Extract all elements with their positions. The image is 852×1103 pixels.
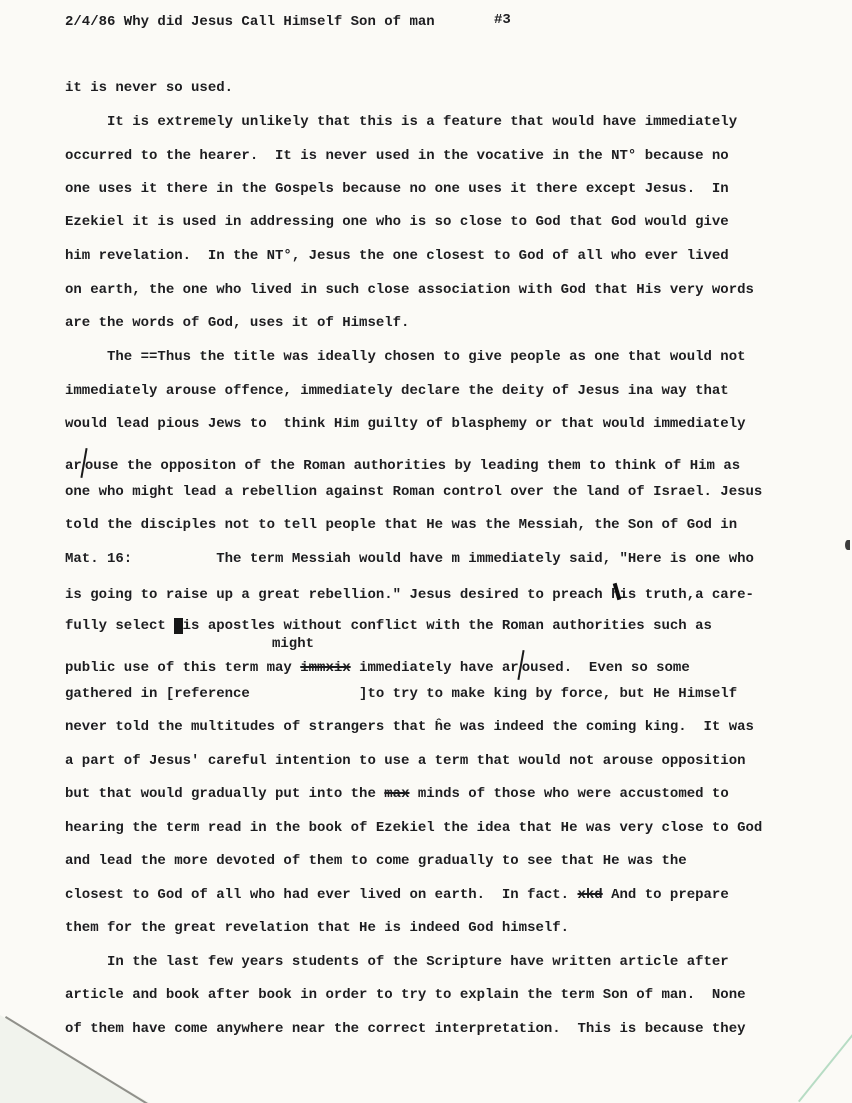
text-line: is going to raise up a great rebellion."… — [65, 583, 754, 605]
text-line: told the disciples not to tell people th… — [65, 515, 737, 535]
text-segment: one uses it there in the Gospels because… — [65, 181, 729, 197]
text-line: are the words of God, uses it of Himself… — [65, 313, 409, 333]
overtyped-blot: h — [174, 618, 182, 634]
page-edge-line-bottom-right — [798, 1033, 852, 1102]
text-segment: In the last few years students of the Sc… — [65, 954, 729, 970]
text-line: hearing the term read in the book of Eze… — [65, 818, 762, 838]
text-segment: would lead pious Jews to think Him guilt… — [65, 416, 746, 432]
edge-smudge-mark — [845, 540, 850, 550]
text-segment: Mat. 16: The term Messiah would have m i… — [65, 551, 754, 567]
text-line: them for the great revelation that He is… — [65, 918, 569, 938]
text-line: closest to God of all who had ever lived… — [65, 885, 729, 905]
text-line: him revelation. In the NT°, Jesus the on… — [65, 246, 729, 266]
text-line: a part of Jesus' careful intention to us… — [65, 751, 746, 771]
text-segment: but that would gradually put into the — [65, 786, 384, 802]
text-segment: is going to raise up a great rebellion."… — [65, 587, 611, 603]
text-segment: fully select — [65, 618, 174, 634]
text-line: on earth, the one who lived in such clos… — [65, 280, 754, 300]
text-line: arouse the oppositon of the Roman author… — [65, 448, 740, 478]
text-segment: ar — [65, 458, 82, 474]
text-line: In the last few years students of the Sc… — [65, 952, 729, 972]
text-segment: never told the multitudes of strangers t… — [65, 719, 754, 735]
page-number: #3 — [494, 12, 511, 28]
text-line: immediately arouse offence, immediately … — [65, 381, 729, 401]
text-segment: gathered in [reference ]to try to make k… — [65, 686, 737, 702]
text-segment: occurred to the hearer. It is never used… — [65, 148, 729, 164]
text-line: of them have come anywhere near the corr… — [65, 1019, 746, 1039]
text-line: it is never so used. — [65, 78, 233, 98]
text-line: one who might lead a rebellion against R… — [65, 482, 762, 502]
text-segment: hearing the term read in the book of Eze… — [65, 820, 762, 836]
text-segment: on earth, the one who lived in such clos… — [65, 282, 754, 298]
text-segment: of them have come anywhere near the corr… — [65, 1021, 746, 1037]
text-line: occurred to the hearer. It is never used… — [65, 146, 729, 166]
text-segment: immediately arouse offence, immediately … — [65, 383, 729, 399]
text-line: gathered in [reference ]to try to make k… — [65, 684, 737, 704]
text-line: public use of this term may immxix immed… — [65, 650, 690, 680]
text-segment: it is never so used. — [65, 80, 233, 96]
text-segment: is apostles without conflict with the Ro… — [183, 618, 712, 634]
text-segment: Ezekiel it is used in addressing one who… — [65, 214, 729, 230]
text-segment: oused. Even so some — [522, 660, 690, 676]
text-segment: are the words of God, uses it of Himself… — [65, 315, 409, 331]
text-line: never told the multitudes of strangers t… — [65, 717, 754, 737]
text-line: Mat. 16: The term Messiah would have m i… — [65, 549, 754, 569]
text-segment: and lead the more devoted of them to com… — [65, 853, 687, 869]
text-segment: closest to God of all who had ever lived… — [65, 887, 577, 903]
text-segment: them for the great revelation that He is… — [65, 920, 569, 936]
text-segment: one who might lead a rebellion against R… — [65, 484, 762, 500]
struck-out-text: max — [384, 786, 409, 802]
header-date-title: 2/4/86 Why did Jesus Call Himself Son of… — [65, 14, 435, 30]
text-segment: article and book after book in order to … — [65, 987, 746, 1003]
struck-out-text: immxix — [300, 660, 350, 676]
text-segment: told the disciples not to tell people th… — [65, 517, 737, 533]
text-segment: minds of those who were accustomed to — [409, 786, 728, 802]
text-line: article and book after book in order to … — [65, 985, 746, 1005]
text-segment: ouse the oppositon of the Roman authorit… — [85, 458, 740, 474]
document-page: 2/4/86 Why did Jesus Call Himself Son of… — [0, 0, 852, 1103]
text-line: and lead the more devoted of them to com… — [65, 851, 687, 871]
text-line: would lead pious Jews to think Him guilt… — [65, 414, 746, 434]
text-line: The ==Thus the title was ideally chosen … — [65, 347, 746, 367]
text-segment: public use of this term may — [65, 660, 300, 676]
text-segment: a part of Jesus' careful intention to us… — [65, 753, 746, 769]
text-line: but that would gradually put into the ma… — [65, 784, 729, 804]
text-line: one uses it there in the Gospels because… — [65, 179, 729, 199]
text-line: fully select his apostles without confli… — [65, 616, 712, 636]
text-segment: his truth,a care- — [611, 587, 754, 603]
text-line: It is extremely unlikely that this is a … — [65, 112, 737, 132]
text-segment: It is extremely unlikely that this is a … — [65, 114, 737, 130]
text-segment: him revelation. In the NT°, Jesus the on… — [65, 248, 729, 264]
text-segment: The ==Thus the title was ideally chosen … — [65, 349, 746, 365]
text-line: Ezekiel it is used in addressing one who… — [65, 212, 729, 232]
struck-out-text: xkd — [577, 887, 602, 903]
text-segment: And to prepare — [603, 887, 729, 903]
text-segment: immediately have ar — [351, 660, 519, 676]
